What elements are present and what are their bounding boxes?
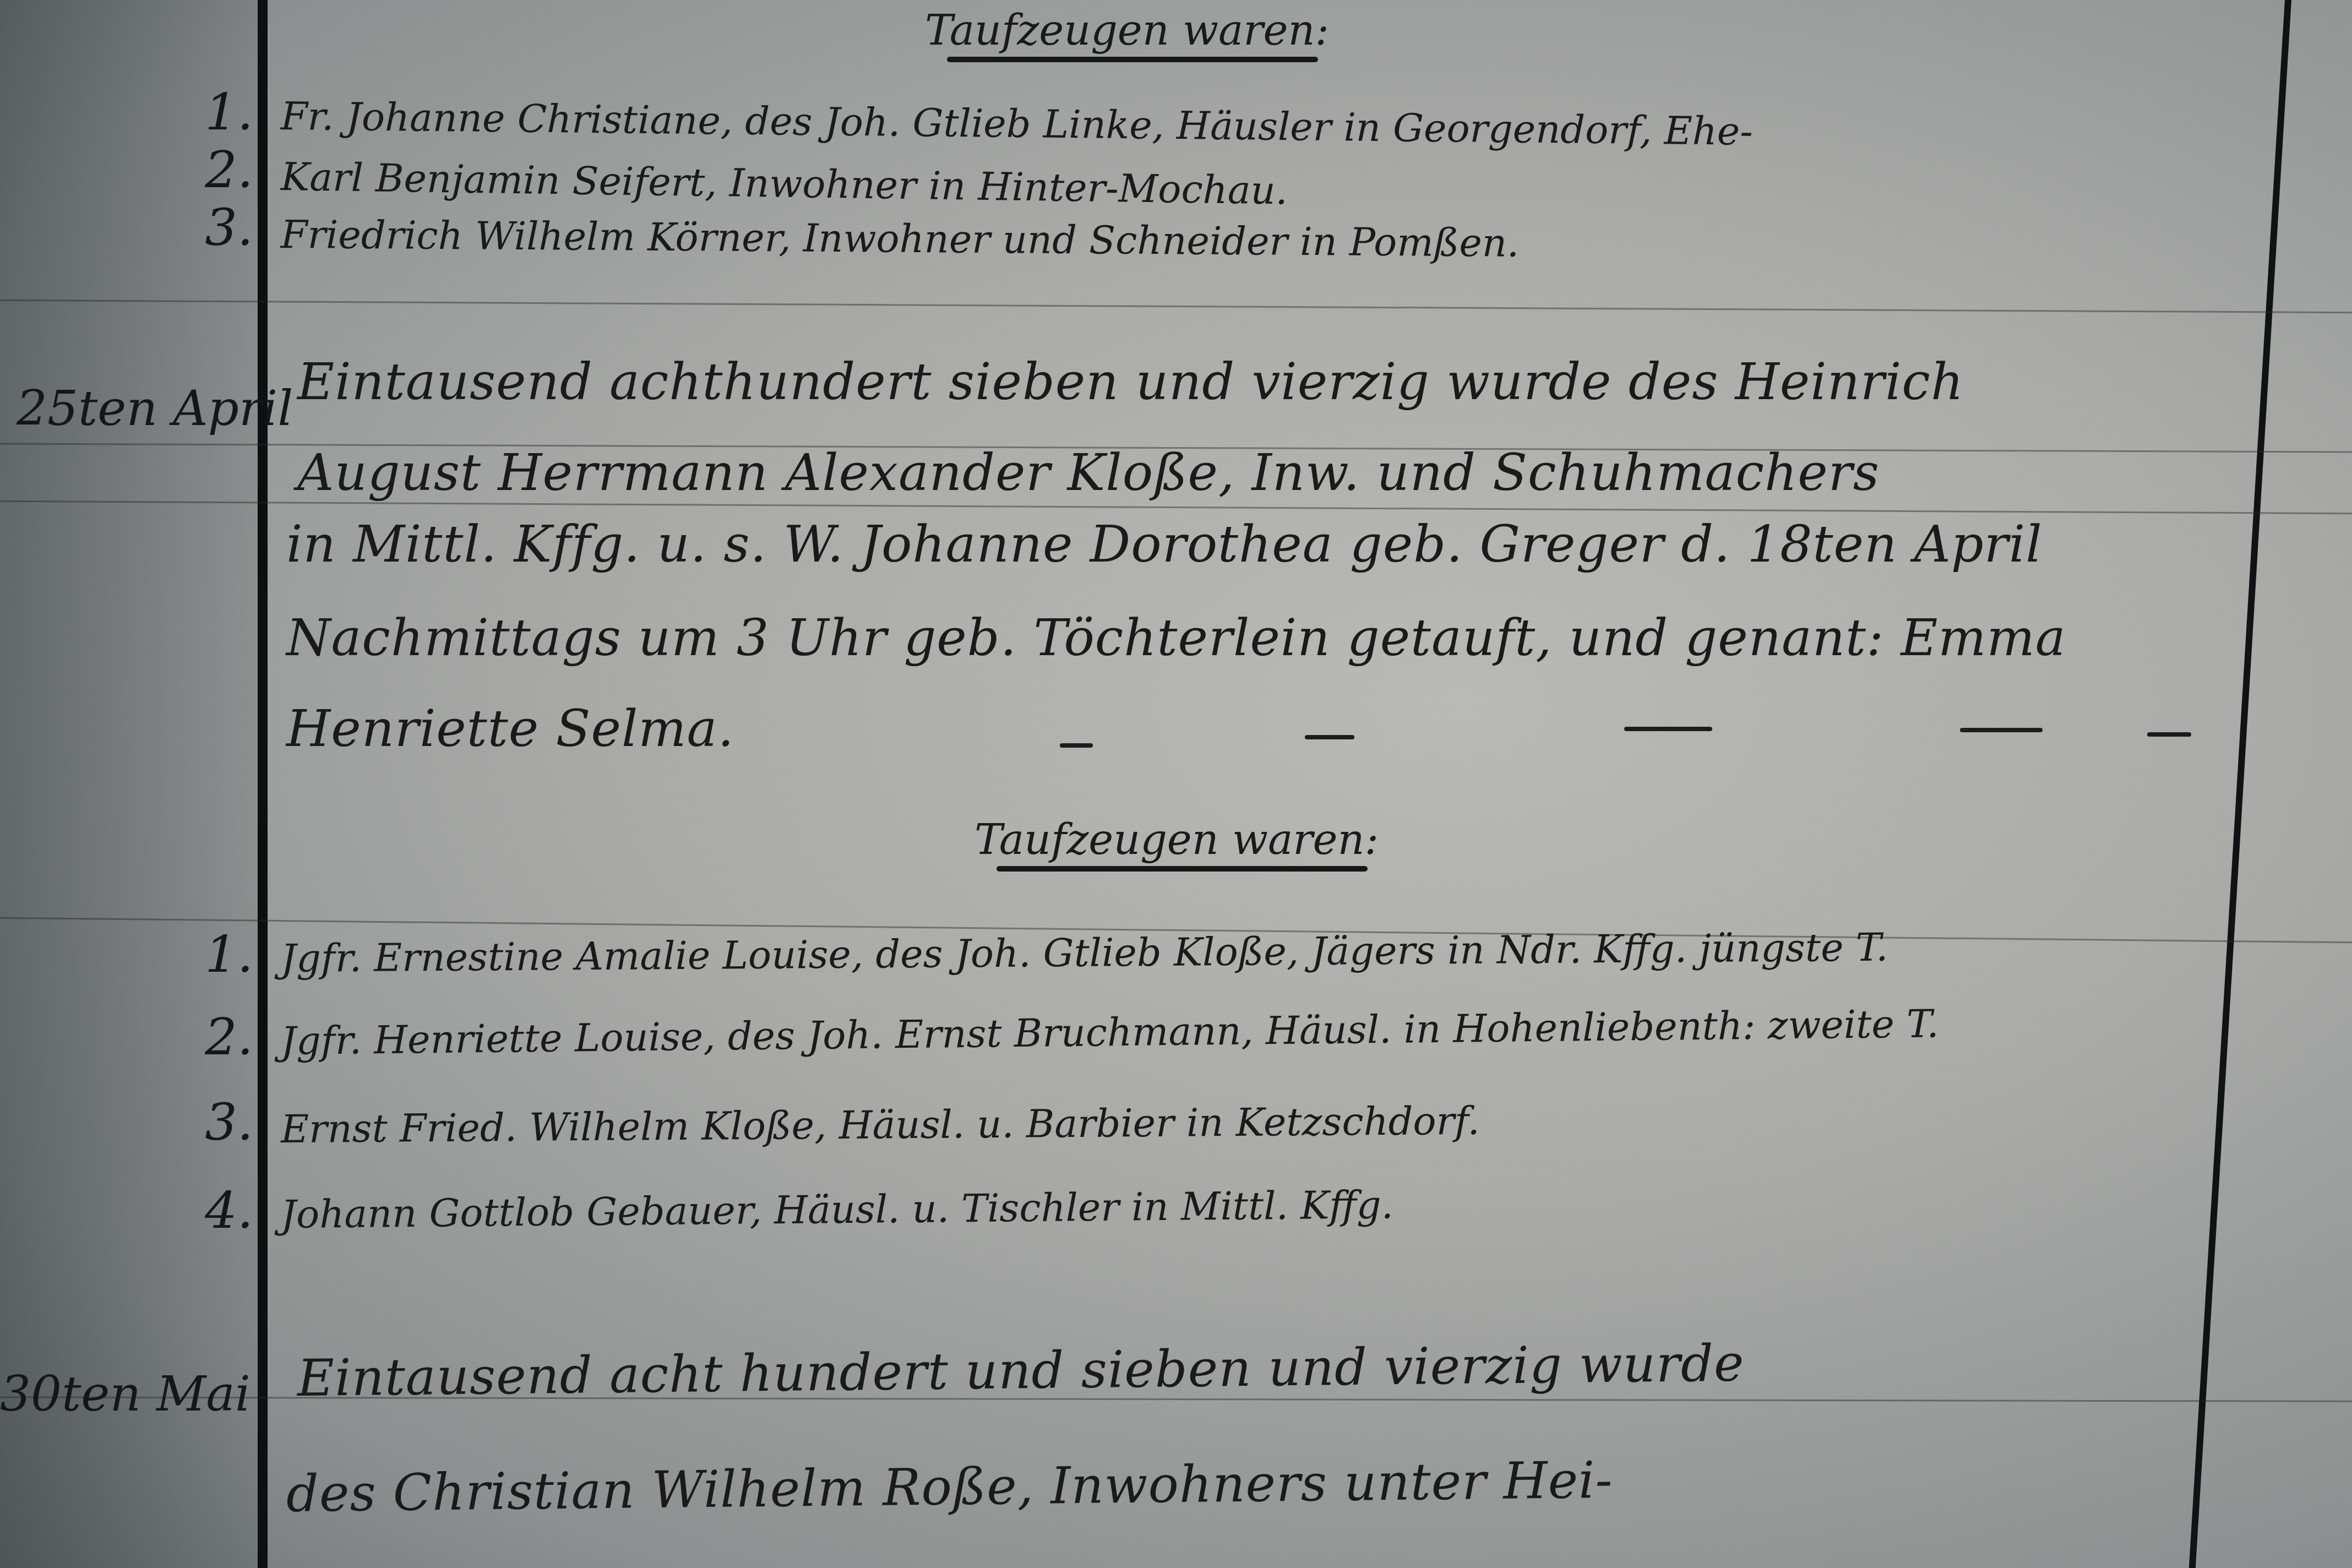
filler-dash — [1305, 735, 1354, 739]
filler-dash — [1060, 743, 1093, 748]
sponsor-entry: Friedrich Wilhelm Körner, Inwohner und S… — [281, 212, 1520, 266]
heading-text: Taufzeugen waren: — [925, 6, 1329, 55]
entry-line: Eintausend achthundert sieben und vierzi… — [297, 352, 1964, 411]
entry-line: des Christian Wilhelm Roße, Inwohners un… — [286, 1451, 1613, 1523]
sponsor-number: 2. — [204, 1008, 253, 1066]
sponsor-number: 1. — [204, 925, 253, 984]
sponsor-number: 1. — [204, 83, 253, 141]
entry-line: August Herrmann Alexander Kloße, Inw. un… — [297, 443, 1880, 502]
sponsor-entry: Johann Gottlob Gebauer, Häusl. u. Tischl… — [281, 1182, 1394, 1237]
sponsor-number: 4. — [204, 1181, 253, 1240]
entry-line: Henriette Selma. — [286, 699, 734, 758]
ruled-line — [0, 500, 2352, 514]
sponsor-entry: Fr. Johanne Christiane, des Joh. Gtlieb … — [281, 94, 1754, 154]
sponsor-number: 2. — [204, 140, 253, 199]
heading-text: Taufzeugen waren: — [974, 815, 1379, 864]
entry-line: in Mittl. Kffg. u. s. W. Johanne Dorothe… — [286, 515, 2043, 574]
ruled-line — [0, 300, 2352, 313]
filler-dash — [1960, 728, 2043, 732]
entry-date: 25ten April — [17, 380, 293, 437]
sponsor-number: 3. — [204, 1093, 253, 1152]
margin-rule — [258, 0, 268, 1568]
section-heading-sponsors: Taufzeugen waren: — [974, 815, 1379, 864]
entry-date: 30ten Mai — [0, 1365, 251, 1422]
sponsor-entry: Ernst Fried. Wilhelm Kloße, Häusl. u. Ba… — [281, 1098, 1480, 1152]
entry-line: Nachmittags um 3 Uhr geb. Töchterlein ge… — [286, 608, 2066, 667]
right-border-rule — [2189, 0, 2291, 1568]
section-heading-sponsors: Taufzeugen waren: — [925, 6, 1329, 55]
sponsor-number: 3. — [204, 198, 253, 257]
sponsor-entry: Jgfr. Ernestine Amalie Louise, des Joh. … — [281, 925, 1888, 981]
filler-dash — [1624, 727, 1712, 731]
heading-underline — [997, 866, 1368, 872]
sponsor-entry: Jgfr. Henriette Louise, des Joh. Ernst B… — [281, 1001, 1939, 1064]
entry-line: Eintausend acht hundert und sieben und v… — [297, 1333, 1744, 1408]
register-page: Taufzeugen waren: 1. Fr. Johanne Christi… — [0, 0, 2352, 1568]
sponsor-entry: Karl Benjamin Seifert, Inwohner in Hinte… — [280, 154, 1288, 214]
filler-dash — [2147, 732, 2191, 737]
heading-underline — [947, 57, 1318, 62]
